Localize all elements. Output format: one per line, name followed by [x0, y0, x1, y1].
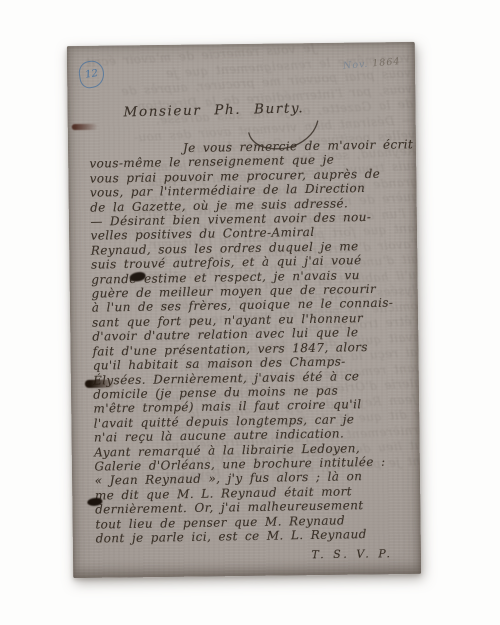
date-annotation: Nov. 1864 [343, 56, 401, 72]
letter-closing: T. S. V. P. [311, 547, 393, 561]
letter-paper: Je vous remercie de m'avoir écrit vous-m… [67, 42, 421, 578]
letter-body: Je vous remercie de m'avoir écrit vous-m… [89, 137, 421, 546]
photo-background: Je vous remercie de m'avoir écrit vous-m… [0, 0, 500, 625]
ink-blot [72, 124, 98, 130]
collection-number: 12 [84, 68, 98, 81]
date-annotation-prefix: Nov. [343, 59, 369, 72]
salutation: Monsieur Ph. Burty. [123, 100, 304, 120]
date-annotation-year: 1864 [372, 56, 401, 69]
collection-number-stamp: 12 [77, 59, 106, 89]
